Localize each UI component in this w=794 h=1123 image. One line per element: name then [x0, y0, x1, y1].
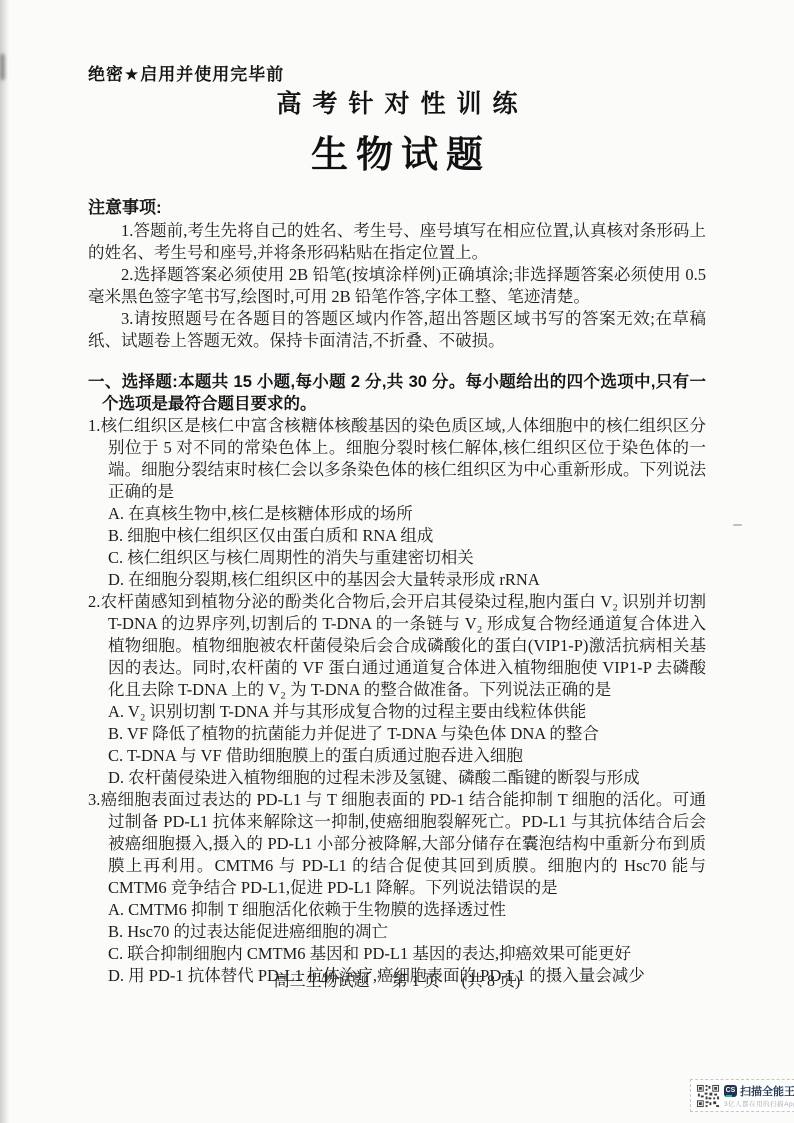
notice-heading: 注意事项:: [88, 196, 706, 220]
page-footer: 高三生物试题 第 1 页 (共 8 页): [0, 968, 794, 991]
question-1: 1.核仁组织区是核仁中富含核糖体核酸基因的染色质区域,人体细胞中的核仁组织区分别…: [88, 415, 706, 591]
option-line: A. CMTM6 抑制 T 细胞活化依赖于生物膜的选择透过性: [88, 899, 706, 921]
option-line: B. Hsc70 的过表达能促进癌细胞的凋亡: [88, 921, 706, 943]
question-2: 2.农杆菌感知到植物分泌的酚类化合物后,会开启其侵染过程,胞内蛋白 V₂ 识别并…: [88, 591, 706, 789]
option-line: C. 核仁组织区与核仁周期性的消失与重建密切相关: [88, 547, 706, 569]
option-line: B. 细胞中核仁组织区仅由蛋白质和 RNA 组成: [88, 525, 706, 547]
scan-artifact: [0, 54, 5, 80]
option-line: D. 农杆菌侵染进入植物细胞的过程未涉及氢键、磷酸二酯键的断裂与形成: [88, 767, 706, 789]
option-line: C. T-DNA 与 VF 借助细胞膜上的蛋白质通过胞吞进入细胞: [88, 745, 706, 767]
option-line: C. 联合抑制细胞内 CMTM6 基因和 PD-L1 基因的表达,抑癌效果可能更…: [88, 943, 706, 965]
text-column: 注意事项: 1.答题前,考生先将自己的姓名、考生号、座号填写在相应位置,认真核对…: [88, 196, 706, 987]
subject-title-text: 生物试题: [311, 134, 491, 175]
scanned-exam-page: 绝密★启用并使用完毕前 高考针对性训练 生物试题 注意事项: 1.答题前,考生先…: [0, 0, 794, 1123]
watermark-tagline: 3亿人都在用的扫描App: [724, 1099, 794, 1108]
question-stem-text: 农杆菌感知到植物分泌的酚类化合物后,会开启其侵染过程,胞内蛋白 V₂ 识别并切割…: [100, 592, 706, 699]
question-stem: 3.癌细胞表面过表达的 PD-L1 与 T 细胞表面的 PD-1 结合能抑制 T…: [88, 789, 706, 899]
notice-item: 1.答题前,考生先将自己的姓名、考生号、座号填写在相应位置,认真核对条形码上的姓…: [88, 220, 706, 264]
watermark-brand: 扫描全能王: [740, 1083, 794, 1099]
footer-doc-title: 高三生物试题: [274, 973, 370, 990]
scan-watermark: CS 扫描全能王 3亿人都在用的扫描App: [690, 1079, 794, 1112]
option-line: A. V₂ 识别切割 T-DNA 并与其形成复合物的过程主要由线粒体供能: [88, 701, 706, 723]
question-stem-text: 癌细胞表面过表达的 PD-L1 与 T 细胞表面的 PD-1 结合能抑制 T 细…: [100, 790, 706, 897]
scan-artifact: [733, 524, 742, 526]
question-3: 3.癌细胞表面过表达的 PD-L1 与 T 细胞表面的 PD-1 结合能抑制 T…: [88, 789, 706, 987]
section-heading: 一、选择题:本题共 15 小题,每小题 2 分,共 30 分。每小题给出的四个选…: [88, 371, 706, 415]
qr-code-icon: [696, 1084, 720, 1108]
option-line: A. 在真核生物中,核仁是核糖体形成的场所: [88, 503, 706, 525]
watermark-text-block: CS 扫描全能王 3亿人都在用的扫描App: [724, 1084, 794, 1108]
question-stem: 2.农杆菌感知到植物分泌的酚类化合物后,会开启其侵染过程,胞内蛋白 V₂ 识别并…: [88, 591, 706, 701]
subject-title: 生物试题: [0, 124, 794, 178]
notice-item: 3.请按照题号在各题目的答题区域内作答,超出答题区域书写的答案无效;在草稿纸、试…: [88, 308, 706, 352]
exam-title: 高考针对性训练: [0, 84, 794, 120]
footer-page-total: (共 8 页): [462, 973, 521, 990]
confidential-label: 绝密★启用并使用完毕前: [88, 60, 284, 85]
option-line: D. 在细胞分裂期,核仁组织区中的基因会大量转录形成 rRNA: [88, 569, 706, 591]
question-stem: 1.核仁组织区是核仁中富含核糖体核酸基因的染色质区域,人体细胞中的核仁组织区分别…: [88, 415, 706, 503]
notice-item: 2.选择题答案必须使用 2B 铅笔(按填涂样例)正确填涂;非选择题答案必须使用 …: [88, 264, 706, 308]
question-number: 3.: [88, 790, 100, 809]
exam-title-text: 高考针对性训练: [276, 90, 528, 118]
question-number: 2.: [88, 592, 100, 611]
footer-page-number: 第 1 页: [392, 973, 440, 990]
camscanner-logo-icon: CS: [724, 1085, 737, 1097]
question-number: 1.: [88, 416, 100, 435]
question-stem-text: 核仁组织区是核仁中富含核糖体核酸基因的染色质区域,人体细胞中的核仁组织区分别位于…: [100, 416, 706, 501]
option-line: B. VF 降低了植物的抗菌能力并促进了 T-DNA 与染色体 DNA 的整合: [88, 723, 706, 745]
